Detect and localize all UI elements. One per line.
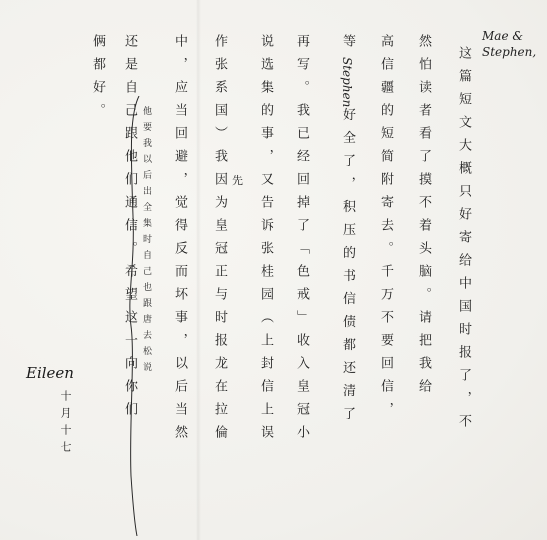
letter-column-1: 这篇短文大概只好寄给中国时报了，不 xyxy=(452,46,474,437)
letter-column-8: 中，应当回避，觉得反而坏事，以后当然 xyxy=(168,34,190,448)
column-4-text: 好全了，积压的书信债都还清了 xyxy=(340,107,355,429)
signature: Eileen xyxy=(26,364,74,382)
letter-column-2: 然怕读者看了摸不着头脑。请把我给 xyxy=(412,34,434,402)
letter-column-10: 俩都好。 xyxy=(86,34,108,126)
letter-column-4: 等Stephen好全了，积压的书信债都还清了 xyxy=(336,34,358,429)
letter-column-6: 说选集的事，又告诉张桂园（上封信上误 xyxy=(254,34,276,448)
inserted-note: 他要我以后出全集时自己也跟唐去松说 xyxy=(140,106,153,378)
letter-column-3: 高信疆的短简附寄去。千万不要回信， xyxy=(374,34,396,425)
margin-note: 先 xyxy=(232,172,243,188)
letter-column-7: 作张系国）我因为皇冠正与时报龙在拉倫 xyxy=(208,34,230,448)
salutation: Mae & Stephen, xyxy=(482,28,546,60)
letter-date: 十月十七 xyxy=(57,390,73,458)
column-4-name: Stephen xyxy=(340,57,354,107)
letter-column-5: 再写。我已经回掉了「色戒」收入皇冠小 xyxy=(290,34,312,448)
column-4-prefix: 等 xyxy=(340,34,355,57)
